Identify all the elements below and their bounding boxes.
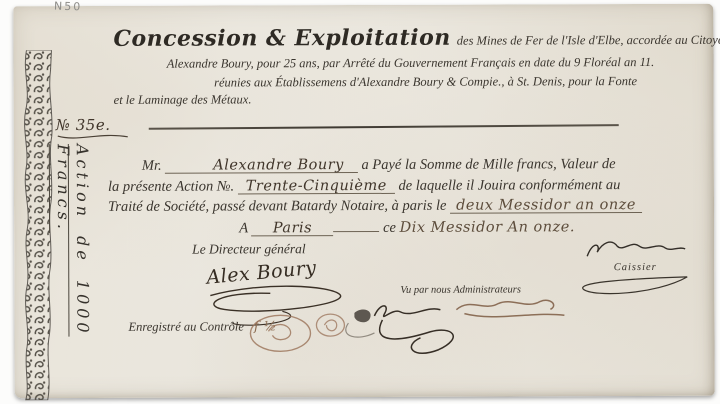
administrators-title: Vu par nous Administrateurs xyxy=(400,284,604,296)
document-photo: Action de 1000 Francs. Concession & Expl… xyxy=(0,0,720,404)
action-post: de laquelle il Jouira conformément au xyxy=(398,177,620,194)
registration-stamps xyxy=(228,307,398,360)
dateline-a: A xyxy=(239,220,248,236)
dateline-ce: ce xyxy=(383,219,396,235)
registration-block: Enregistré au Contrôle f ½ xyxy=(128,317,277,336)
paid-text: a Payé la Somme de Mille francs, Valeur … xyxy=(361,156,615,173)
title-script: Concession & Exploitation xyxy=(113,25,450,52)
header-line4: et le Laminage des Métaux. xyxy=(114,91,708,108)
body-line-2: la présente Action №. Trente-Cinquième d… xyxy=(108,174,706,197)
header-line2: Alexandre Boury, pour 25 ans, par Arrêté… xyxy=(113,55,707,72)
serial-number: № 35e. xyxy=(56,116,130,142)
certificate-body: Mr. Alexandre Boury a Payé la Somme de M… xyxy=(108,154,706,239)
pencil-number-note: N50 xyxy=(54,0,83,13)
guilloche-band-graphic xyxy=(19,50,58,400)
action-pre: la présente Action №. xyxy=(108,178,234,194)
registration-label: Enregistré au Contrôle xyxy=(128,319,244,333)
serial-value: 35e. xyxy=(76,116,111,134)
title-suffix: des Mines de Fer de l'Isle d'Elbe, accor… xyxy=(457,33,720,48)
treaty-date: deux Messidor an onze xyxy=(450,198,642,214)
document-header: Concession & Exploitationdes Mines de Fe… xyxy=(113,24,707,108)
dateline-date: Dix Messidor An onze. xyxy=(400,219,575,236)
dateline-place: Paris xyxy=(251,221,333,236)
administrators-block: Vu par nous Administrateurs xyxy=(364,284,604,362)
stub-vertical-title: Action de 1000 Francs. xyxy=(54,144,93,362)
cashier-signature xyxy=(579,236,691,262)
body-line-3: Traité de Société, passé devant Batardy … xyxy=(108,195,706,218)
salutation: Mr. xyxy=(142,158,162,174)
header-rule xyxy=(149,124,619,130)
administrator-signatures xyxy=(364,295,604,362)
header-line3: réunies aux Établissemens d'Alexandre Bo… xyxy=(114,74,708,91)
certificate-paper: Action de 1000 Francs. Concession & Expl… xyxy=(13,4,714,398)
serial-prefix: № xyxy=(56,116,71,134)
body-line-1: Mr. Alexandre Boury a Payé la Somme de M… xyxy=(108,154,706,177)
action-number: Trente-Cinquième xyxy=(238,178,395,194)
dateline-blank xyxy=(333,218,379,231)
treaty-text: Traité de Société, passé devant Batardy … xyxy=(108,198,446,215)
stub-ornament-band xyxy=(19,50,58,400)
admin-signature-2 xyxy=(456,300,564,317)
cashier-title: Caissier xyxy=(570,262,700,273)
holder-name: Alexandre Boury xyxy=(165,158,358,174)
header-title-line: Concession & Exploitationdes Mines de Fe… xyxy=(113,24,707,52)
